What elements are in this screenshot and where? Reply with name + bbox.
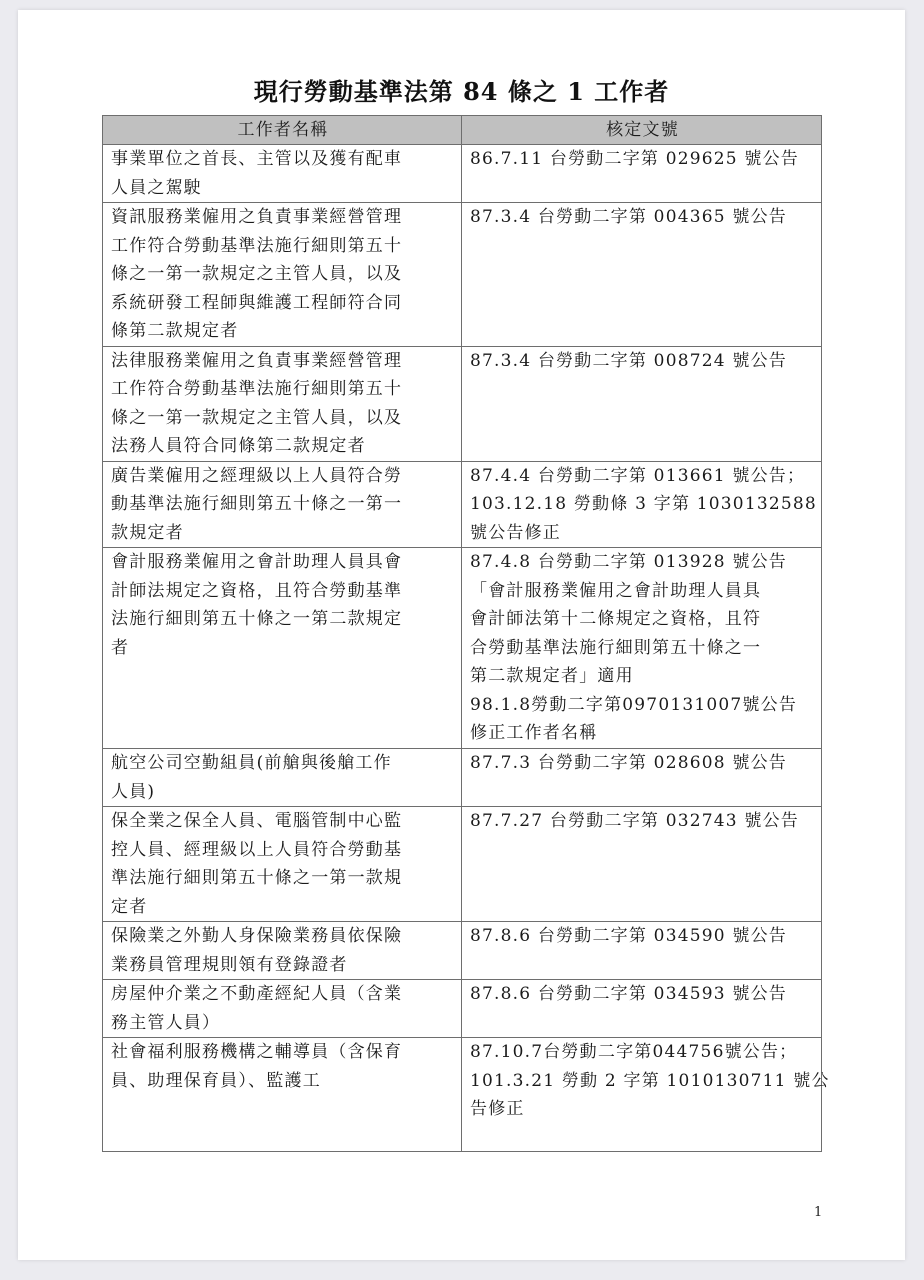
- worker-name-line: 事業單位之首長、主管以及獲有配車: [111, 145, 455, 174]
- worker-name-line: 法施行細則第五十條之一第二款規定: [111, 605, 455, 634]
- approval-ref-line: 87.10.7台勞動二字第044756號公告；: [470, 1038, 815, 1067]
- approval-ref-line: 告修正: [470, 1095, 815, 1124]
- approval-ref-cell: 87.3.4 台勞動二字第 004365 號公告: [462, 203, 822, 347]
- worker-name-line: 保全業之保全人員、電腦管制中心監: [111, 807, 455, 836]
- approval-ref-cell: 87.4.4 台勞動二字第 013661 號公告；103.12.18 勞動條 3…: [462, 461, 822, 548]
- approval-ref-line: 87.8.6 台勞動二字第 034590 號公告: [470, 922, 815, 951]
- table-header-row: 工作者名稱 核定文號: [103, 116, 822, 145]
- document-title: 現行勞動基準法第 84 條之 1 工作者: [18, 72, 905, 107]
- worker-name-cell: 保全業之保全人員、電腦管制中心監控人員、經理級以上人員符合勞動基準法施行細則第五…: [103, 807, 462, 922]
- worker-name-line: 動基準法施行細則第五十條之一第一: [111, 490, 455, 519]
- worker-name-line: 務主管人員）: [111, 1009, 455, 1038]
- approval-ref-line: 修正工作者名稱: [470, 719, 815, 748]
- table-row: 保全業之保全人員、電腦管制中心監控人員、經理級以上人員符合勞動基準法施行細則第五…: [103, 807, 822, 922]
- worker-name-line: 條之一第一款規定之主管人員，以及: [111, 260, 455, 289]
- worker-name-line: 定者: [111, 893, 455, 922]
- approval-ref-cell: 87.7.27 台勞動二字第 032743 號公告: [462, 807, 822, 922]
- table-row: 保險業之外勤人身保險業務員依保險業務員管理規則領有登錄證者87.8.6 台勞動二…: [103, 922, 822, 980]
- approval-ref-line: 「會計服務業僱用之會計助理人員具: [470, 577, 815, 606]
- table-body: 事業單位之首長、主管以及獲有配車人員之駕駛86.7.11 台勞動二字第 0296…: [103, 145, 822, 1152]
- approval-ref-line: 87.7.3 台勞動二字第 028608 號公告: [470, 749, 815, 778]
- column-header-approval-ref: 核定文號: [462, 116, 822, 145]
- approval-ref-line: 103.12.18 勞動條 3 字第 1030132588: [470, 490, 815, 519]
- approval-ref-line: 87.3.4 台勞動二字第 008724 號公告: [470, 347, 815, 376]
- approval-ref-line: 合勞動基準法施行細則第五十條之一: [470, 634, 815, 663]
- worker-name-line: 者: [111, 634, 455, 663]
- worker-name-line: 房屋仲介業之不動產經紀人員（含業: [111, 980, 455, 1009]
- approval-ref-line: 86.7.11 台勞動二字第 029625 號公告: [470, 145, 815, 174]
- approval-ref-line: 會計師法第十二條規定之資格，且符: [470, 605, 815, 634]
- worker-name-cell: 社會福利服務機構之輔導員（含保育員、助理保育員）、監護工: [103, 1038, 462, 1152]
- worker-name-line: 會計服務業僱用之會計助理人員具會: [111, 548, 455, 577]
- worker-name-line: 條第二款規定者: [111, 317, 455, 346]
- worker-name-cell: 保險業之外勤人身保險業務員依保險業務員管理規則領有登錄證者: [103, 922, 462, 980]
- worker-name-line: 法務人員符合同條第二款規定者: [111, 432, 455, 461]
- approval-ref-cell: 87.8.6 台勞動二字第 034590 號公告: [462, 922, 822, 980]
- approval-ref-cell: 87.10.7台勞動二字第044756號公告；101.3.21 勞動 2 字第 …: [462, 1038, 822, 1152]
- approval-ref-line: 87.4.8 台勞動二字第 013928 號公告: [470, 548, 815, 577]
- worker-name-line: 系統研發工程師與維護工程師符合同: [111, 289, 455, 318]
- worker-name-cell: 房屋仲介業之不動產經紀人員（含業務主管人員）: [103, 980, 462, 1038]
- table-row: 會計服務業僱用之會計助理人員具會計師法規定之資格，且符合勞動基準法施行細則第五十…: [103, 548, 822, 749]
- page-number: 1: [814, 1205, 822, 1220]
- approval-ref-line: 98.1.8勞動二字第0970131007號公告: [470, 691, 815, 720]
- approval-ref-line: 87.3.4 台勞動二字第 004365 號公告: [470, 203, 815, 232]
- workers-table: 工作者名稱 核定文號 事業單位之首長、主管以及獲有配車人員之駕駛86.7.11 …: [102, 115, 822, 1152]
- approval-ref-cell: 87.4.8 台勞動二字第 013928 號公告「會計服務業僱用之會計助理人員具…: [462, 548, 822, 749]
- worker-name-line: 社會福利服務機構之輔導員（含保育: [111, 1038, 455, 1067]
- approval-ref-line: 87.7.27 台勞動二字第 032743 號公告: [470, 807, 815, 836]
- worker-name-line: 工作符合勞動基準法施行細則第五十: [111, 232, 455, 261]
- worker-name-line: 人員之駕駛: [111, 174, 455, 203]
- worker-name-cell: 法律服務業僱用之負責事業經營管理工作符合勞動基準法施行細則第五十條之一第一款規定…: [103, 346, 462, 461]
- worker-name-line: 準法施行細則第五十條之一第一款規: [111, 864, 455, 893]
- worker-name-line: 條之一第一款規定之主管人員，以及: [111, 404, 455, 433]
- approval-ref-cell: 87.7.3 台勞動二字第 028608 號公告: [462, 749, 822, 807]
- approval-ref-cell: 87.8.6 台勞動二字第 034593 號公告: [462, 980, 822, 1038]
- worker-name-line: 工作符合勞動基準法施行細則第五十: [111, 375, 455, 404]
- worker-name-line: 航空公司空勤組員(前艙與後艙工作: [111, 749, 455, 778]
- document-page: 現行勞動基準法第 84 條之 1 工作者 工作者名稱 核定文號 事業單位之首長、…: [18, 10, 905, 1260]
- table-row: 廣告業僱用之經理級以上人員符合勞動基準法施行細則第五十條之一第一款規定者87.4…: [103, 461, 822, 548]
- worker-name-cell: 資訊服務業僱用之負責事業經營管理工作符合勞動基準法施行細則第五十條之一第一款規定…: [103, 203, 462, 347]
- worker-name-cell: 廣告業僱用之經理級以上人員符合勞動基準法施行細則第五十條之一第一款規定者: [103, 461, 462, 548]
- worker-name-line: 人員): [111, 778, 455, 807]
- worker-name-cell: 會計服務業僱用之會計助理人員具會計師法規定之資格，且符合勞動基準法施行細則第五十…: [103, 548, 462, 749]
- approval-ref-line: 第二款規定者」適用: [470, 662, 815, 691]
- worker-name-line: 廣告業僱用之經理級以上人員符合勞: [111, 462, 455, 491]
- worker-name-line: 款規定者: [111, 519, 455, 548]
- table-row: 法律服務業僱用之負責事業經營管理工作符合勞動基準法施行細則第五十條之一第一款規定…: [103, 346, 822, 461]
- worker-name-line: 法律服務業僱用之負責事業經營管理: [111, 347, 455, 376]
- approval-ref-line: 號公告修正: [470, 519, 815, 548]
- table-row: 資訊服務業僱用之負責事業經營管理工作符合勞動基準法施行細則第五十條之一第一款規定…: [103, 203, 822, 347]
- worker-name-cell: 航空公司空勤組員(前艙與後艙工作人員): [103, 749, 462, 807]
- approval-ref-cell: 87.3.4 台勞動二字第 008724 號公告: [462, 346, 822, 461]
- approval-ref-line: 87.8.6 台勞動二字第 034593 號公告: [470, 980, 815, 1009]
- table-row: 事業單位之首長、主管以及獲有配車人員之駕駛86.7.11 台勞動二字第 0296…: [103, 145, 822, 203]
- approval-ref-cell: 86.7.11 台勞動二字第 029625 號公告: [462, 145, 822, 203]
- table-row: 社會福利服務機構之輔導員（含保育員、助理保育員）、監護工87.10.7台勞動二字…: [103, 1038, 822, 1152]
- worker-name-line: 控人員、經理級以上人員符合勞動基: [111, 836, 455, 865]
- table-row: 房屋仲介業之不動產經紀人員（含業務主管人員）87.8.6 台勞動二字第 0345…: [103, 980, 822, 1038]
- approval-ref-line: 87.4.4 台勞動二字第 013661 號公告；: [470, 462, 815, 491]
- table-row: 航空公司空勤組員(前艙與後艙工作人員)87.7.3 台勞動二字第 028608 …: [103, 749, 822, 807]
- worker-name-line: 保險業之外勤人身保險業務員依保險: [111, 922, 455, 951]
- worker-name-line: 業務員管理規則領有登錄證者: [111, 951, 455, 980]
- worker-name-line: 資訊服務業僱用之負責事業經營管理: [111, 203, 455, 232]
- approval-ref-line: 101.3.21 勞動 2 字第 1010130711 號公: [470, 1067, 815, 1096]
- worker-name-cell: 事業單位之首長、主管以及獲有配車人員之駕駛: [103, 145, 462, 203]
- column-header-worker-name: 工作者名稱: [103, 116, 462, 145]
- worker-name-line: 計師法規定之資格，且符合勞動基準: [111, 577, 455, 606]
- worker-name-line: 員、助理保育員）、監護工: [111, 1067, 455, 1096]
